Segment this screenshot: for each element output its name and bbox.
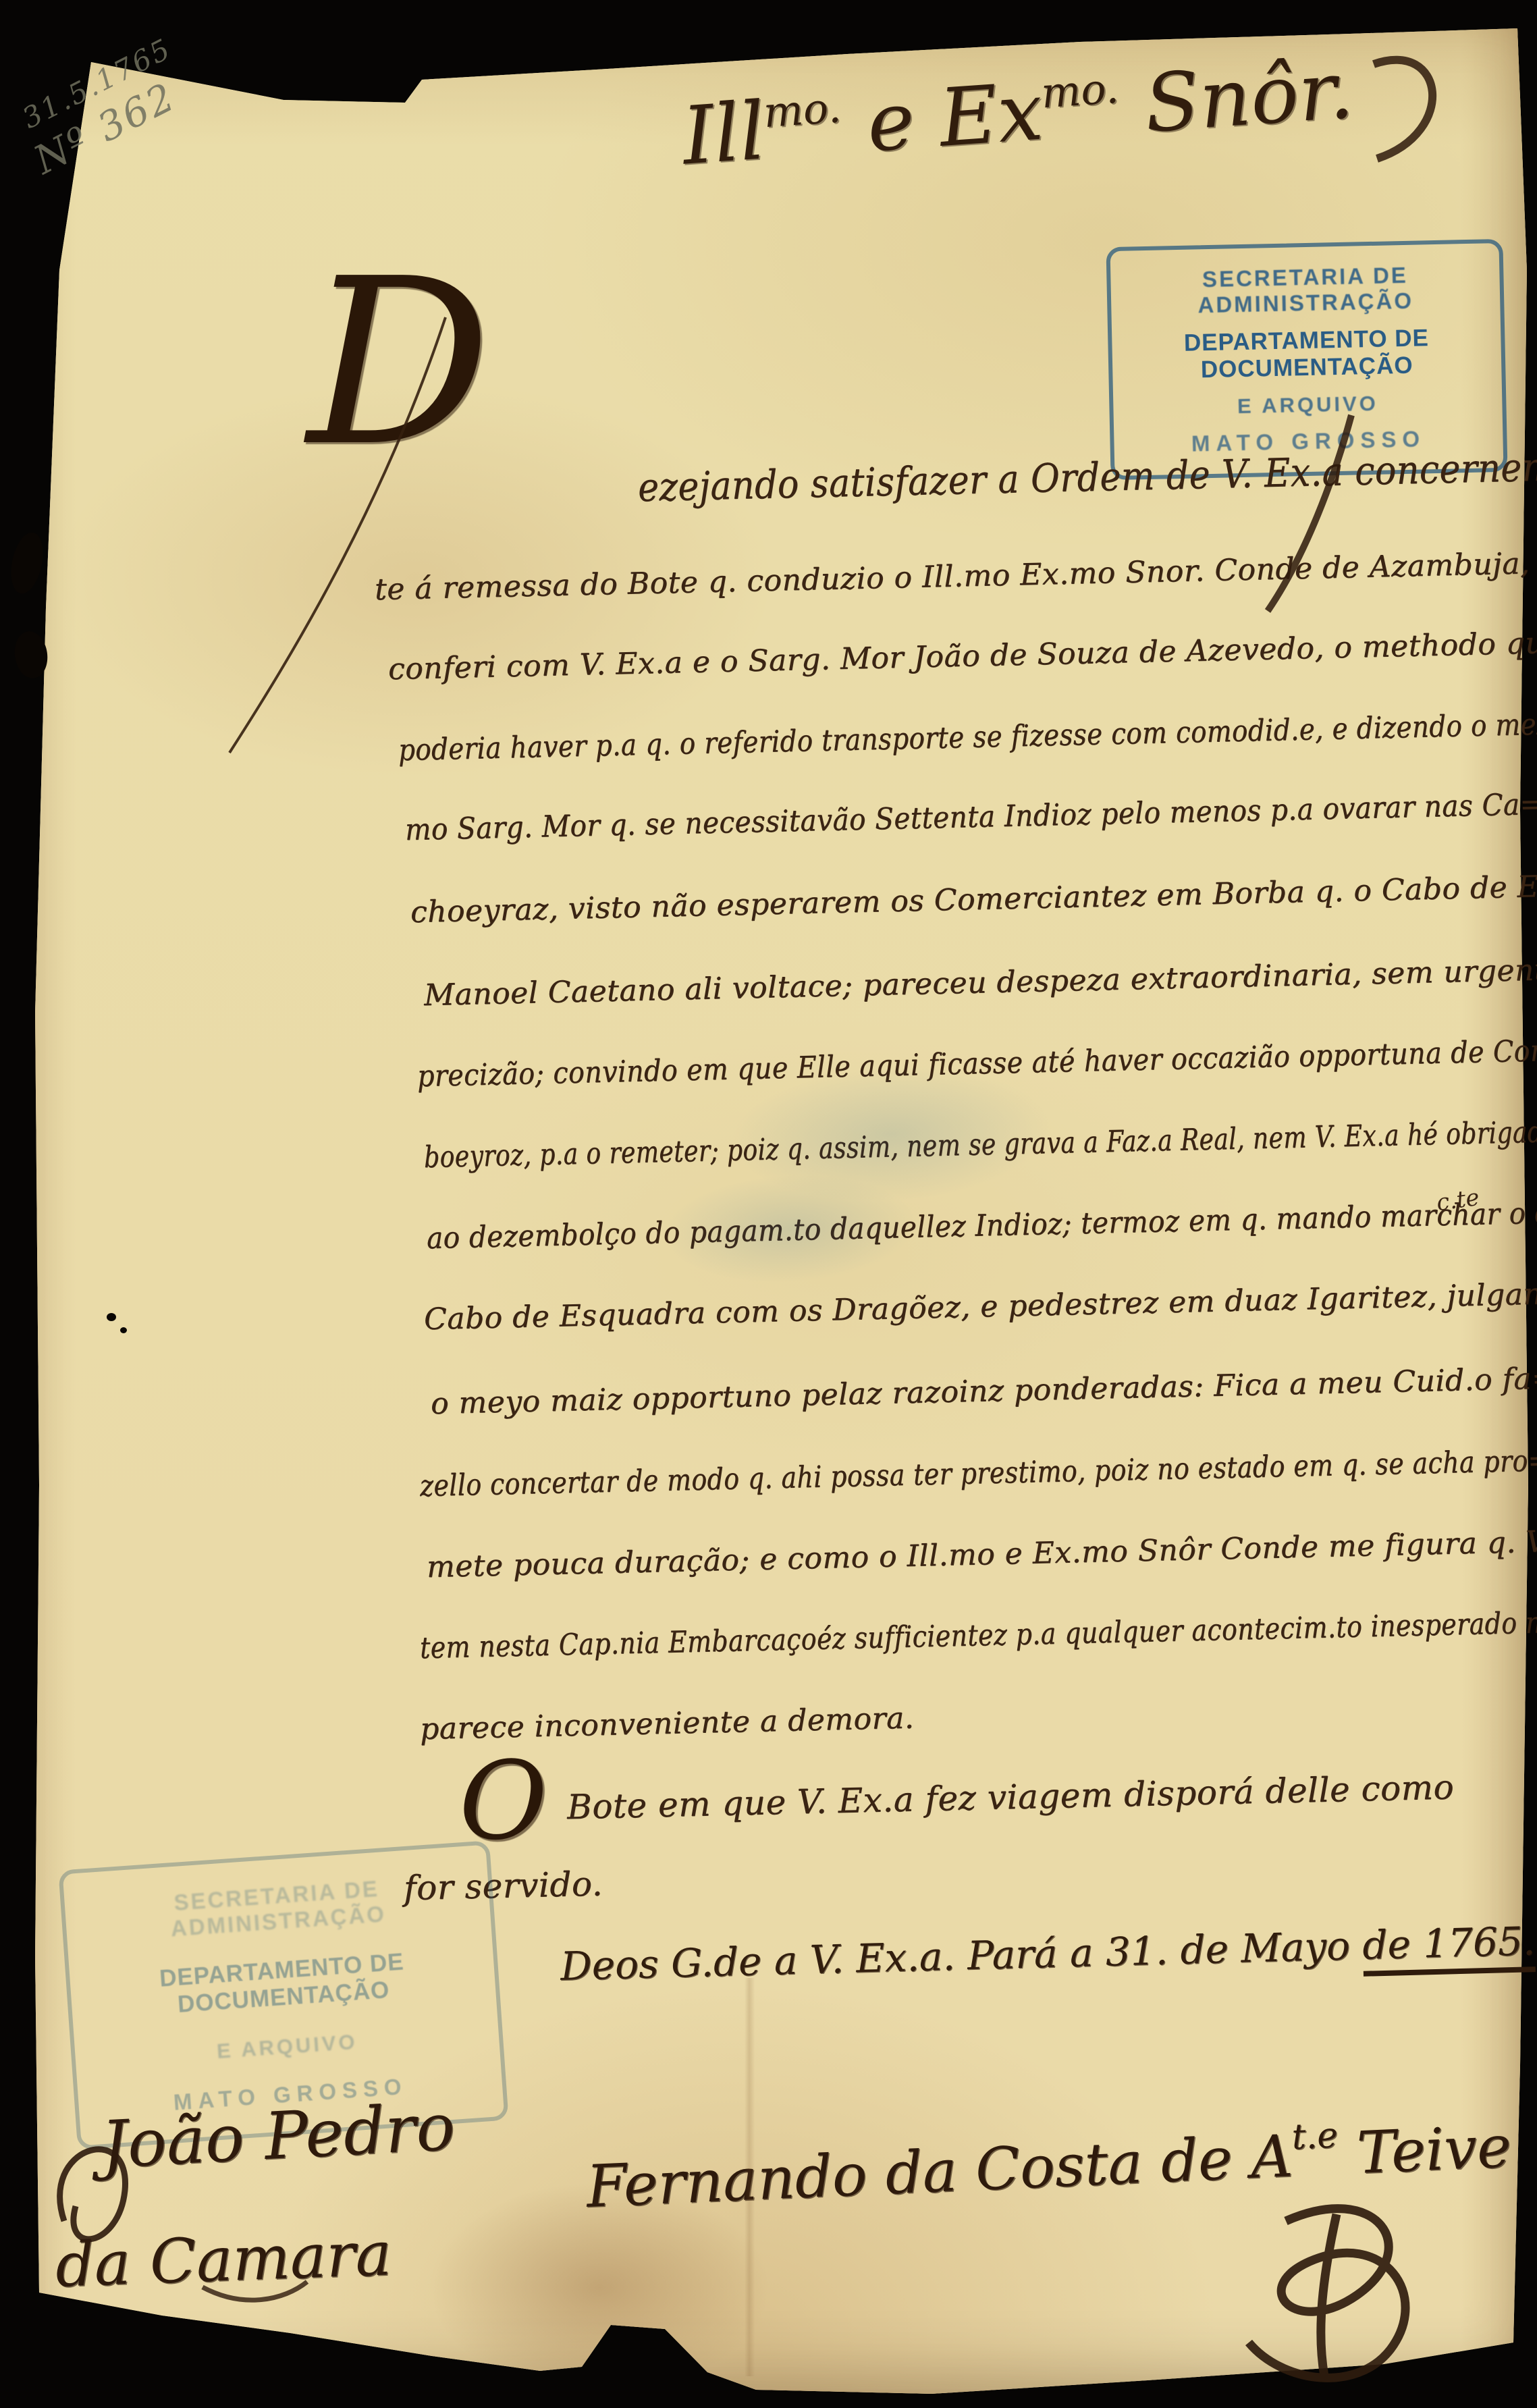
salutation-text: Ill — [679, 84, 767, 182]
ink-dot — [120, 1327, 127, 1333]
paper-crease — [726, 1978, 773, 2376]
stamp-bleed-smudge — [659, 1168, 921, 1289]
salutation-text: Snôr. — [1116, 43, 1356, 152]
photograph-background: 31.5.1765 Nº 362 Illmo. e Exmo. Snôr. SE… — [0, 0, 1537, 2408]
stamp-line-arquivo: E ARQUIVO — [1237, 392, 1379, 419]
signature-right-superscript: t.e — [1291, 2115, 1339, 2158]
stamp-line-departamento: DEPARTAMENTO DE DOCUMENTAÇÃO — [76, 1943, 489, 2025]
stamp-line-departamento: DEPARTAMENTO DE DOCUMENTAÇÃO — [1118, 323, 1495, 385]
closing-drop-cap: O — [459, 1747, 547, 1855]
archive-stamp-top: SECRETARIA DE ADMINISTRAÇÃO DEPARTAMENTO… — [1106, 239, 1507, 480]
ink-blot — [6, 529, 48, 596]
signature-right-text: Teive — [1337, 2113, 1513, 2188]
salutation-superscript: mo. — [1040, 63, 1121, 118]
drop-cap-initial: D — [307, 248, 491, 478]
signature-left-surname: da Camara — [54, 2218, 392, 2301]
salutation-superscript: mo. — [762, 82, 843, 137]
stamp-line-secretaria: SECRETARIA DE ADMINISTRAÇÃO — [71, 1869, 484, 1948]
date-underlined-year: de 1765. — [1361, 1918, 1536, 1977]
stamp-line-secretaria: SECRETARIA DE ADMINISTRAÇÃO — [1117, 261, 1493, 321]
stamp-line-arquivo: E ARQUIVO — [216, 2029, 358, 2063]
ink-dot — [107, 1313, 116, 1321]
salutation-text: e Ex — [839, 65, 1046, 171]
